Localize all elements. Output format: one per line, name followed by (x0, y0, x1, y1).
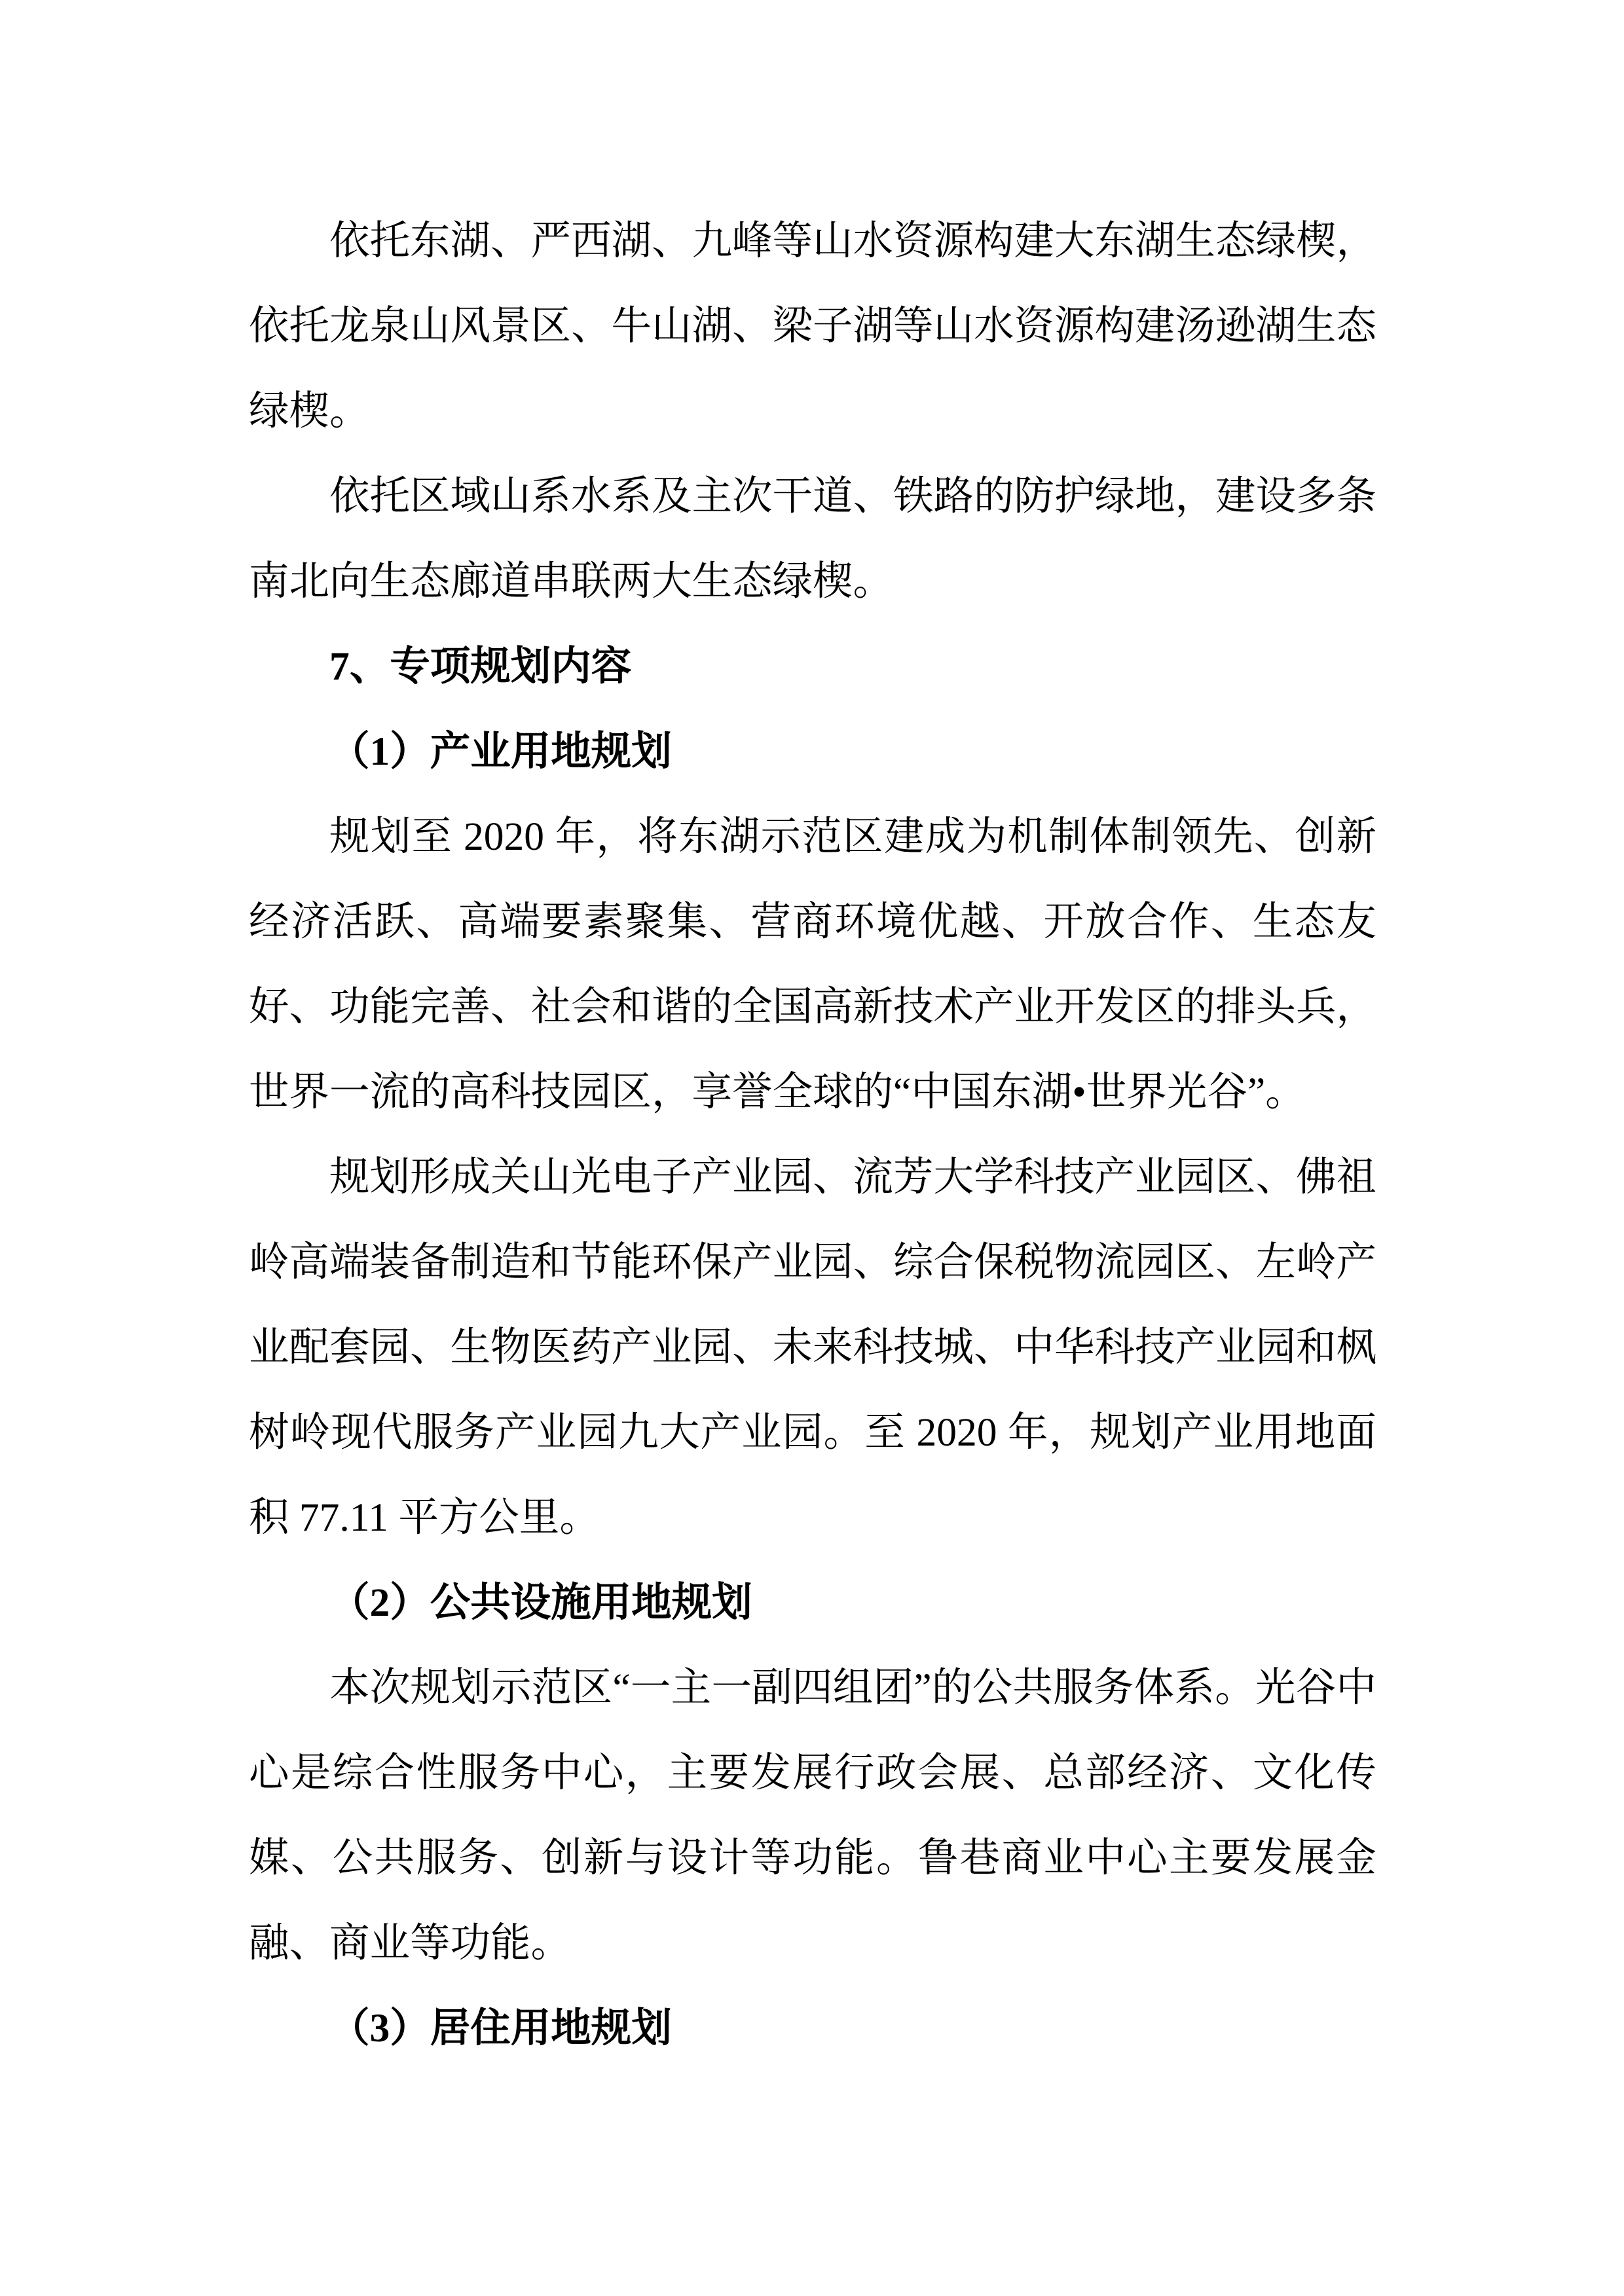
paragraph-public-service-system: 本次规划示范区“一主一副四组团”的公共服务体系。光谷中心是综合性服务中心，主要发… (249, 1645, 1376, 1986)
document-page: 依托东湖、严西湖、九峰等山水资源构建大东湖生态绿楔，依托龙泉山风景区、牛山湖、梁… (0, 0, 1624, 2296)
section-heading-special-planning: 7、专项规划内容 (249, 624, 1376, 709)
paragraph-2020-goals: 规划至 2020 年，将东湖示范区建成为机制体制领先、创新经济活跃、高端要素聚集… (249, 794, 1376, 1135)
subsection-heading-residential-land: （3）居住用地规划 (249, 1986, 1376, 2071)
subsection-heading-public-facilities-land: （2）公共设施用地规划 (249, 1560, 1376, 1645)
paragraph-nine-industrial-parks: 规划形成关山光电子产业园、流芳大学科技产业园区、佛祖岭高端装备制造和节能环保产业… (249, 1135, 1376, 1560)
paragraph-eco-corridors: 依托区域山系水系及主次干道、铁路的防护绿地，建设多条南北向生态廊道串联两大生态绿… (249, 454, 1376, 624)
subsection-heading-industrial-land: （1）产业用地规划 (249, 709, 1376, 794)
paragraph-eco-wedges: 依托东湖、严西湖、九峰等山水资源构建大东湖生态绿楔，依托龙泉山风景区、牛山湖、梁… (249, 198, 1376, 454)
